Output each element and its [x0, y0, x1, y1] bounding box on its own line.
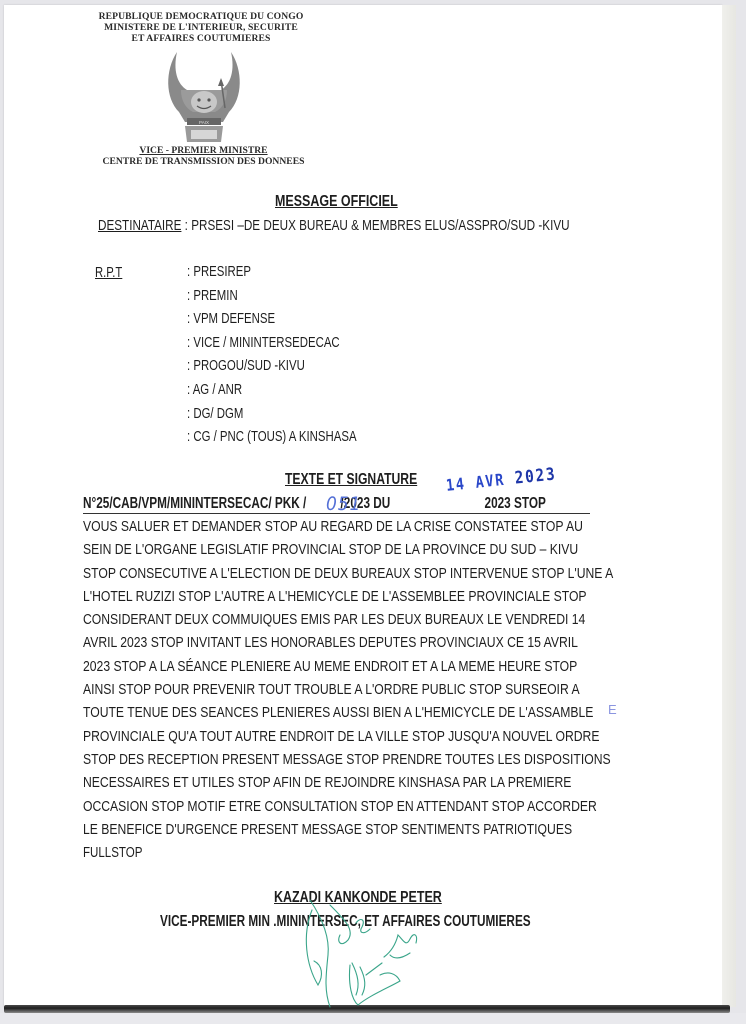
body-line: PROVINCIALE QU'A TOUT AUTRE ENDROIT DE L… [83, 728, 613, 751]
rpt-item: : AG / ANR [187, 381, 357, 405]
rpt-item: : VICE / MININTERSEDECAC [187, 334, 357, 358]
recipient-label: DESTINATAIRE [98, 217, 181, 234]
text-signature-title: TEXTE ET SIGNATURE [285, 471, 417, 489]
message-title: MESSAGE OFFICIEL [275, 193, 398, 211]
office-label: VICE - PREMIER MINISTRE CENTRE DE TRANSM… [96, 145, 311, 167]
rpt-item: : PREMIN [187, 287, 357, 311]
body-line: AINSI STOP POUR PREVENIR TOUT TROUBLE A … [83, 681, 613, 704]
reference-suffix: 2023 STOP [485, 495, 546, 512]
rpt-item: : CG / PNC (TOUS) A KINSHASA [187, 428, 357, 452]
body-line: VOUS SALUER ET DEMANDER STOP AU REGARD D… [83, 518, 613, 541]
body-line: LE BENEFICE D'URGENCE PRESENT MESSAGE ST… [83, 821, 613, 844]
rpt-item: : VPM DEFENSE [187, 310, 357, 334]
body-line: 2023 STOP A LA SÉANCE PLENIERE AU MEME E… [83, 658, 613, 681]
rpt-item: : PRESIREP [187, 263, 357, 287]
rpt-item: : DG/ DGM [187, 405, 357, 429]
rpt-label: R.P.T [95, 264, 122, 281]
body-line: STOP DES RECEPTION PRESENT MESSAGE STOP … [83, 751, 613, 774]
body-line: TOUTE TENUE DES SEANCES PLENIERES AUSSI … [83, 704, 613, 727]
message-body: VOUS SALUER ET DEMANDER STOP AU REGARD D… [83, 518, 744, 867]
handwritten-reference-number: 051 [326, 493, 361, 515]
body-line: STOP CONSECUTIVE A L'ELECTION DE DEUX BU… [83, 565, 613, 588]
recipient-row: DESTINATAIRE : PRSESI –DE DEUX BUREAU & … [98, 217, 570, 234]
body-line: AVRIL 2023 STOP INVITANT LES HONORABLES … [83, 634, 613, 657]
office-title: VICE - PREMIER MINISTRE [96, 145, 311, 156]
handwritten-correction: E [608, 702, 617, 717]
body-line: NECESSAIRES ET UTILES STOP AFIN DE REJOI… [83, 774, 613, 797]
body-line: OCCASION STOP MOTIF ETRE CONSULTATION ST… [83, 798, 613, 821]
body-line: FULLSTOP [83, 844, 586, 867]
letterhead-ministry-cont: ET AFFAIRES COUTUMIERES [96, 33, 306, 44]
recipient-value: : PRSESI –DE DEUX BUREAU & MEMBRES ELUS/… [181, 217, 569, 234]
body-line: CONSIDERANT DEUX COMMUIQUES EMIS PAR LES… [83, 611, 613, 634]
body-line: SEIN DE L'ORGANE LEGISLATIF PROVINCIAL S… [83, 541, 613, 564]
letterhead-country: REPUBLIQUE DEMOCRATIQUE DU CONGO [96, 11, 306, 22]
reference-line: N°25/CAB/VPM/MININTERSECAC/ PKK //2023 D… [83, 495, 546, 513]
svg-text:PAIX: PAIX [199, 120, 209, 125]
letterhead: REPUBLIQUE DEMOCRATIQUE DU CONGO MINISTE… [96, 11, 306, 44]
department-title: CENTRE DE TRANSMISSION DES DONNEES [96, 156, 311, 167]
reference-prefix: N°25/CAB/VPM/MININTERSECAC/ PKK / [83, 495, 306, 512]
letterhead-ministry: MINISTERE DE L'INTERIEUR, SECURITE [96, 22, 306, 33]
background-base [0, 1013, 746, 1024]
coat-of-arms-icon: PAIX [163, 50, 245, 145]
handwritten-signature [300, 895, 430, 1010]
body-line: L'HOTEL RUZIZI STOP L'AUTRE A L'HEMICYCL… [83, 588, 613, 611]
rpt-item: : PROGOU/SUD -KIVU [187, 357, 357, 381]
rpt-list: : PRESIREP : PREMIN : VPM DEFENSE : VICE… [187, 263, 410, 452]
